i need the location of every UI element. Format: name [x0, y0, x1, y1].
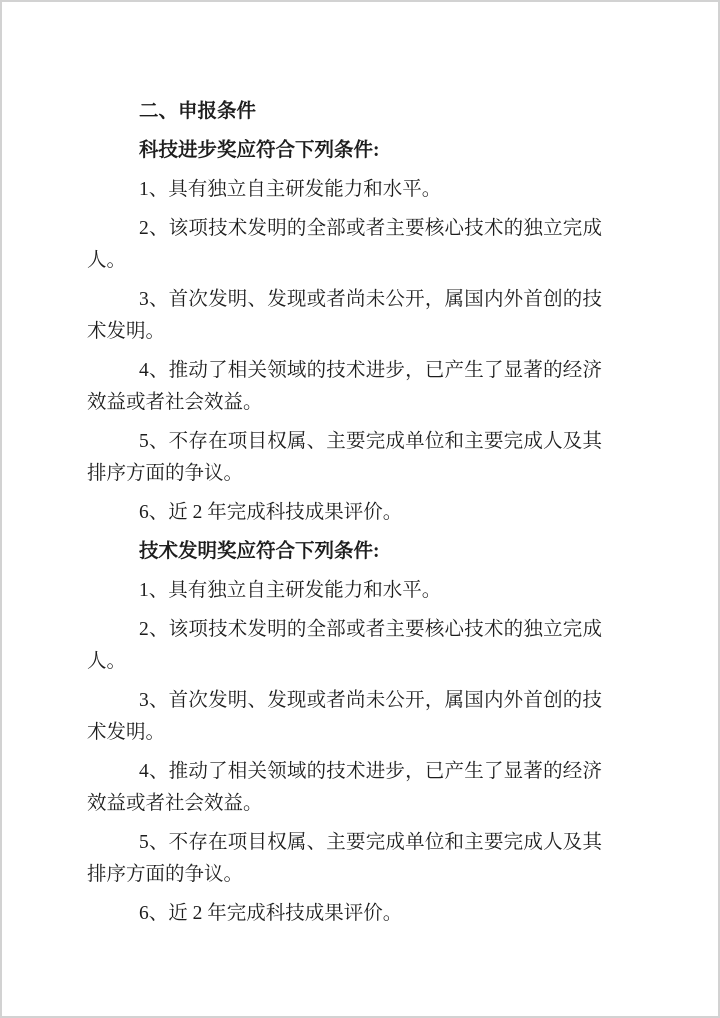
section-1-item-2: 2、该项技术发明的全部或者主要核心技术的独立完成人。 [87, 213, 602, 277]
document-title: 二、申报条件 [87, 96, 602, 128]
section-2-item-3: 3、首次发明、发现或者尚未公开，属国内外首创的技术发明。 [87, 685, 602, 749]
section-1-item-6: 6、近 2 年完成科技成果评价。 [87, 497, 602, 529]
section-1-item-3: 3、首次发明、发现或者尚未公开，属国内外首创的技术发明。 [87, 284, 602, 348]
section-2-item-2: 2、该项技术发明的全部或者主要核心技术的独立完成人。 [87, 614, 602, 678]
section-1-heading: 科技进步奖应符合下列条件: [87, 135, 602, 167]
section-1-item-1: 1、具有独立自主研发能力和水平。 [87, 174, 602, 206]
section-2-heading: 技术发明奖应符合下列条件: [87, 536, 602, 568]
section-2-item-4: 4、推动了相关领域的技术进步，已产生了显著的经济效益或者社会效益。 [87, 756, 602, 820]
section-1-item-5: 5、不存在项目权属、主要完成单位和主要完成人及其排序方面的争议。 [87, 426, 602, 490]
section-2-item-1: 1、具有独立自主研发能力和水平。 [87, 575, 602, 607]
section-1-item-4: 4、推动了相关领域的技术进步，已产生了显著的经济效益或者社会效益。 [87, 355, 602, 419]
document-page: 二、申报条件 科技进步奖应符合下列条件: 1、具有独立自主研发能力和水平。 2、… [0, 0, 720, 1018]
section-2-item-6: 6、近 2 年完成科技成果评价。 [87, 898, 602, 930]
section-2-item-5: 5、不存在项目权属、主要完成单位和主要完成人及其排序方面的争议。 [87, 827, 602, 891]
